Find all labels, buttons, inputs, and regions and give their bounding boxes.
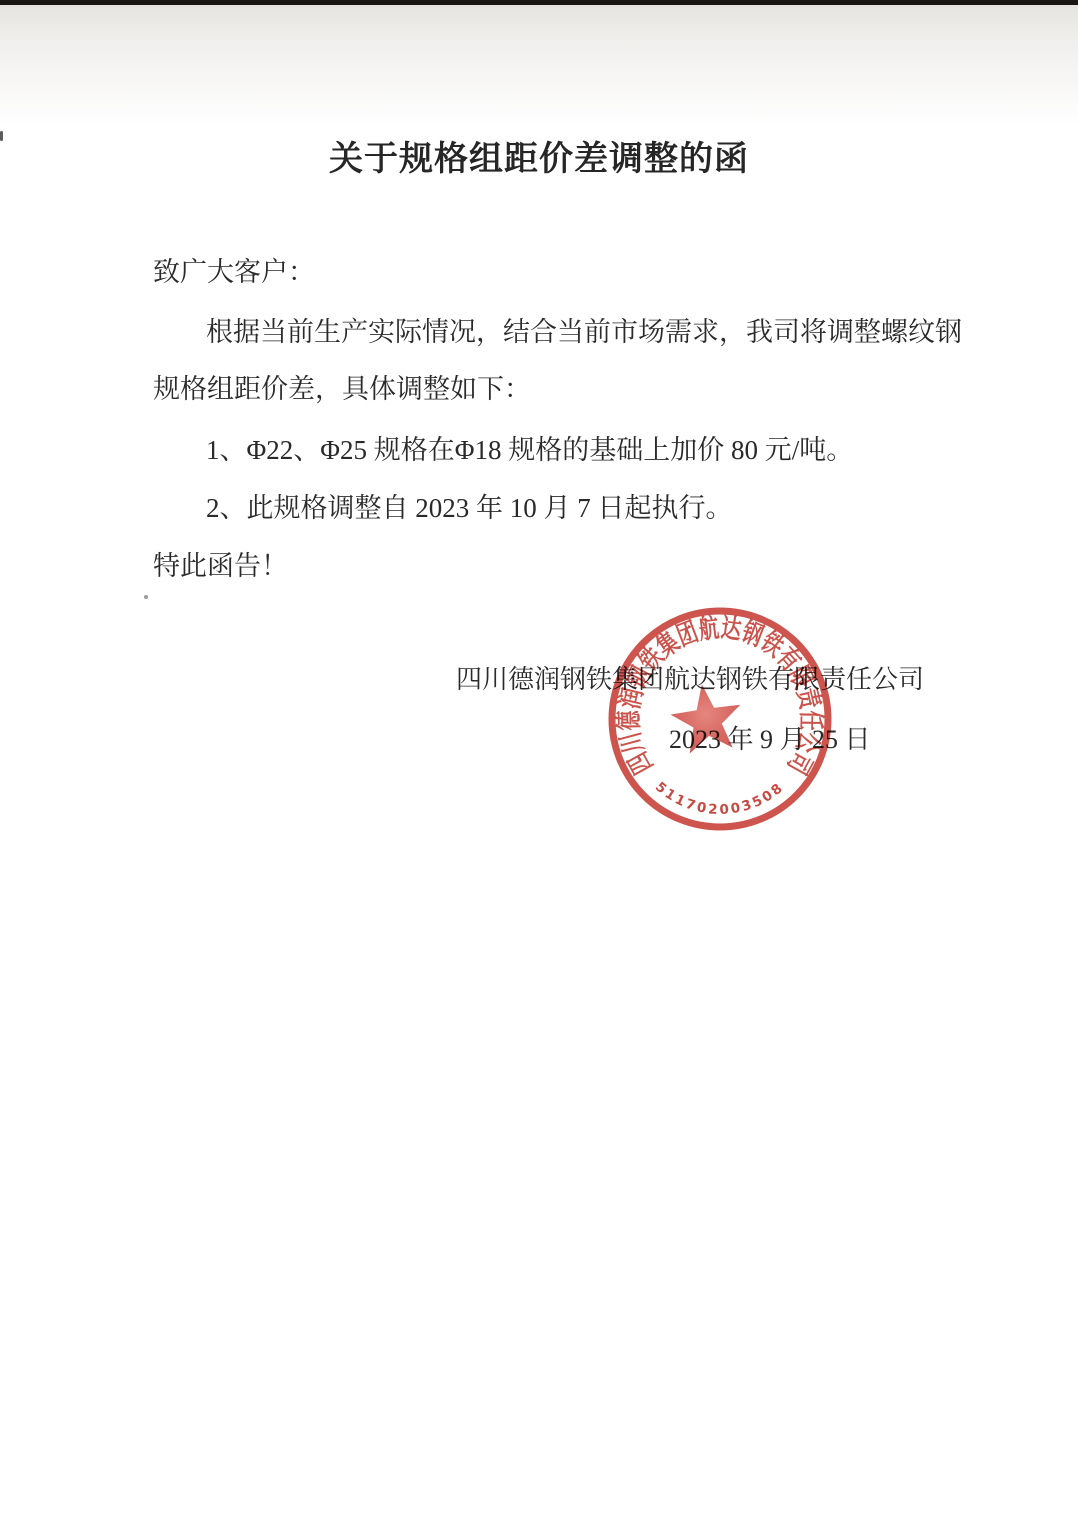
list-item-1: 1、Φ22、Φ25 规格在Φ18 规格的基础上加价 80 元/吨。: [206, 434, 853, 466]
body-paragraph-line-1: 根据当前生产实际情况，结合当前市场需求，我司将调整螺纹钢: [206, 316, 962, 348]
scanned-letter-page: 关于规格组距价差调整的函 致广大客户： 根据当前生产实际情况，结合当前市场需求，…: [0, 0, 1078, 1536]
company-seal: 四川德润钢铁集团航达钢铁有限责任公司 5117020035088: [599, 598, 841, 840]
star-icon: [667, 679, 746, 755]
body-paragraph-line-2: 规格组距价差，具体调整如下：: [153, 373, 531, 405]
list-item-2: 2、此规格调整自 2023 年 10 月 7 日起执行。: [206, 492, 733, 524]
page-title: 关于规格组距价差调整的函: [0, 131, 1078, 180]
salutation-line: 致广大客户：: [153, 256, 315, 288]
scan-edge-strip: [0, 0, 1078, 5]
company-seal-graphic: 四川德润钢铁集团航达钢铁有限责任公司 5117020035088: [599, 598, 841, 840]
scan-shading: [0, 5, 1078, 125]
closing-line: 特此函告！: [153, 550, 288, 582]
scan-speck: [144, 595, 148, 599]
